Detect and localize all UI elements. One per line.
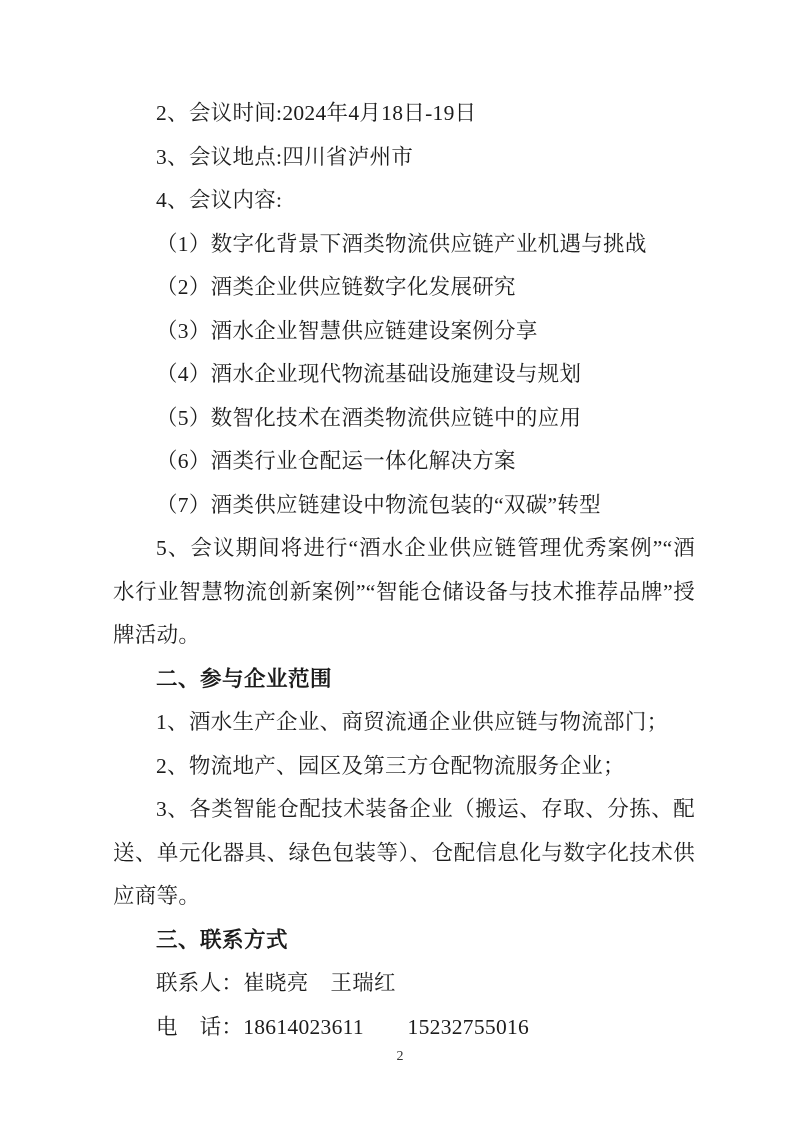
para-topic-2: （2）酒类企业供应链数字化发展研究 bbox=[113, 266, 695, 310]
page-number: 2 bbox=[0, 1048, 800, 1066]
para-participant-type-1: 1、酒水生产企业、商贸流通企业供应链与物流部门； bbox=[113, 701, 695, 745]
para-topic-7: （7）酒类供应链建设中物流包装的“双碳”转型 bbox=[113, 484, 695, 528]
heading-participants-scope: 二、参与企业范围 bbox=[113, 658, 695, 702]
para-topic-5: （5）数智化技术在酒类物流供应链中的应用 bbox=[113, 397, 695, 441]
para-contact-phone: 电 话：18614023611 15232755016 bbox=[113, 1006, 695, 1050]
para-meeting-location: 3、会议地点:四川省泸州市 bbox=[113, 136, 695, 180]
document-page: 2、会议时间:2024年4月18日-19日 3、会议地点:四川省泸州市 4、会议… bbox=[0, 0, 800, 1131]
para-contact-names: 联系人：崔晓亮 王瑞红 bbox=[113, 962, 695, 1006]
heading-contact-info: 三、联系方式 bbox=[113, 919, 695, 963]
para-topic-3: （3）酒水企业智慧供应链建设案例分享 bbox=[113, 310, 695, 354]
para-participant-type-2: 2、物流地产、园区及第三方仓配物流服务企业； bbox=[113, 745, 695, 789]
document-body: 2、会议时间:2024年4月18日-19日 3、会议地点:四川省泸州市 4、会议… bbox=[113, 92, 695, 1049]
para-topic-4: （4）酒水企业现代物流基础设施建设与规划 bbox=[113, 353, 695, 397]
para-awards-activity: 5、会议期间将进行“酒水企业供应链管理优秀案例”“酒水行业智慧物流创新案例”“智… bbox=[113, 527, 695, 658]
para-topic-1: （1）数字化背景下酒类物流供应链产业机遇与挑战 bbox=[113, 223, 695, 267]
para-topic-6: （6）酒类行业仓配运一体化解决方案 bbox=[113, 440, 695, 484]
para-meeting-time: 2、会议时间:2024年4月18日-19日 bbox=[113, 92, 695, 136]
para-participant-type-3: 3、各类智能仓配技术装备企业（搬运、存取、分拣、配送、单元化器具、绿色包装等）、… bbox=[113, 788, 695, 919]
para-meeting-content-label: 4、会议内容: bbox=[113, 179, 695, 223]
